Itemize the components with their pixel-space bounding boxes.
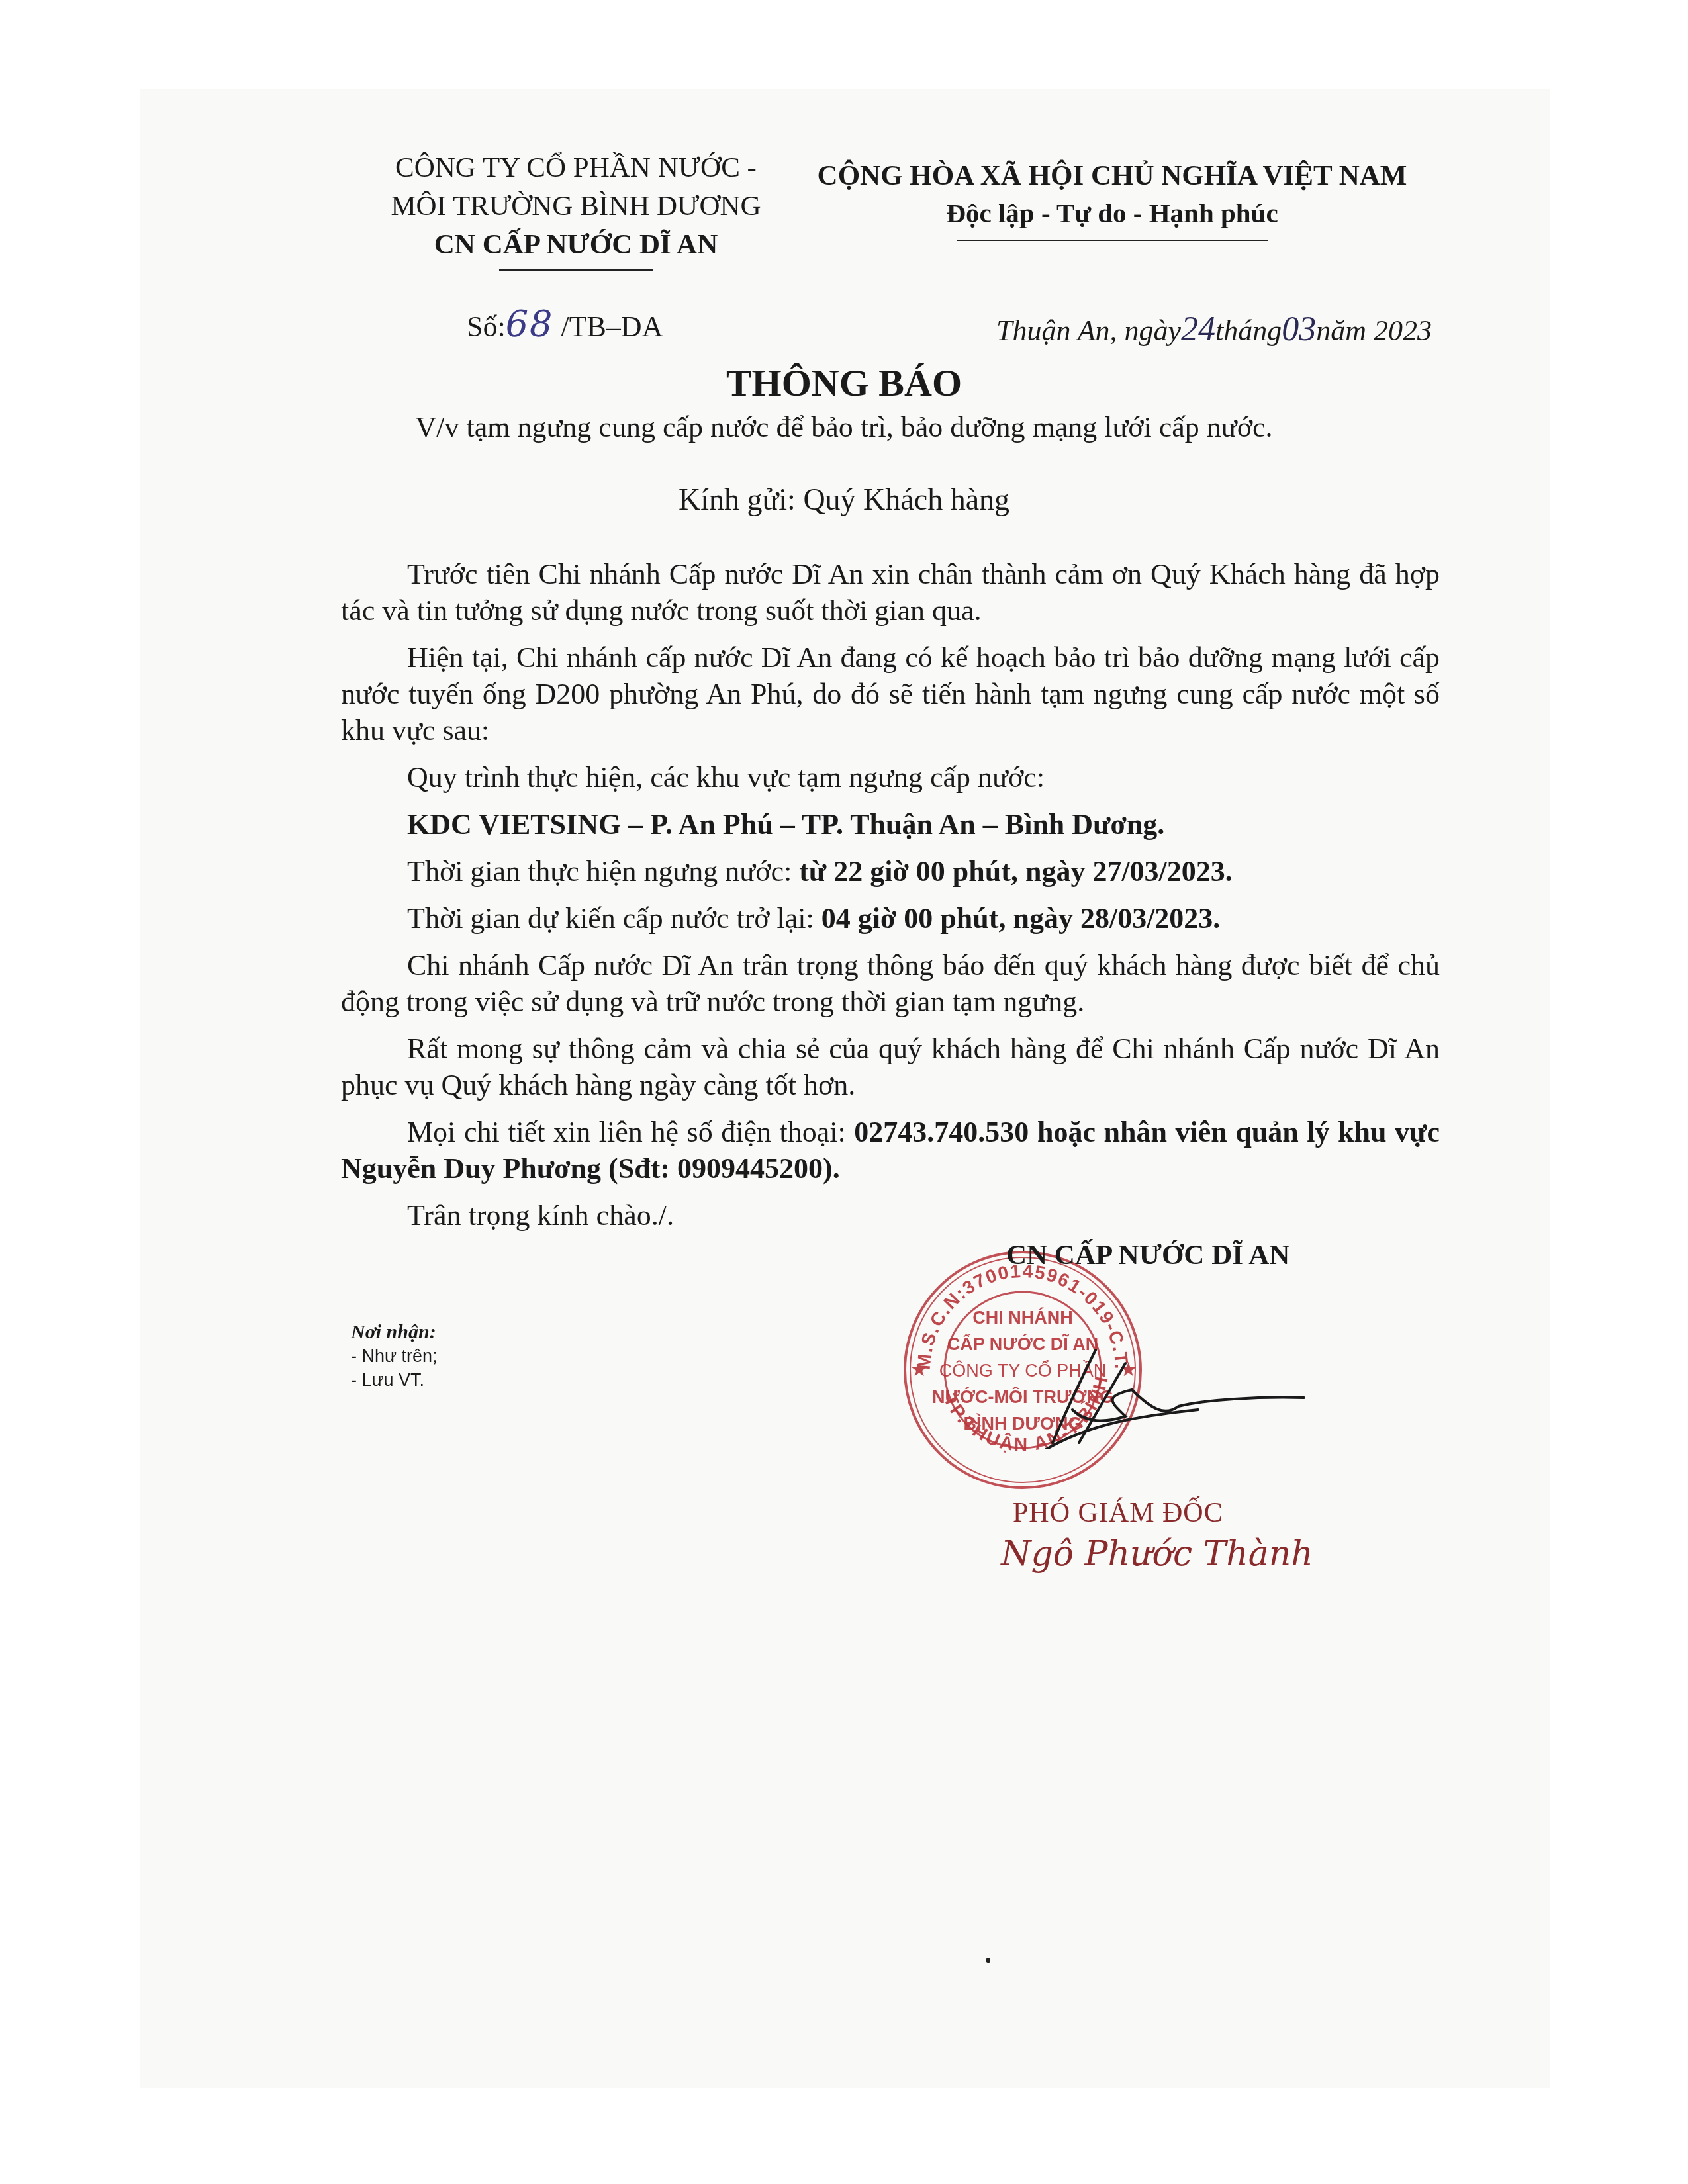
- issuer-company-line2: MÔI TRƯỜNG BÌNH DƯƠNG: [344, 187, 808, 226]
- contact-label: Mọi chi tiết xin liên hệ số điện thoại:: [407, 1116, 854, 1148]
- year-label: năm 2023: [1316, 314, 1432, 347]
- paragraph-contact: Mọi chi tiết xin liên hệ số điện thoại: …: [341, 1114, 1440, 1187]
- place-label: Thuận An, ngày: [996, 314, 1181, 347]
- signer-position: PHÓ GIÁM ĐỐC: [1013, 1497, 1223, 1529]
- stop-time-value: từ 22 giờ 00 phút, ngày 27/03/2023.: [799, 855, 1233, 887]
- document-subject: V/v tạm ngưng cung cấp nước để bảo trì, …: [0, 410, 1688, 444]
- recipients-label: Nơi nhận:: [351, 1320, 438, 1344]
- national-motto: Độc lập - Tự do - Hạnh phúc: [788, 195, 1436, 232]
- paragraph-apology: Rất mong sự thông cảm và chia sẻ của quý…: [341, 1030, 1440, 1103]
- recipients-block: Nơi nhận: - Như trên; - Lưu VT.: [351, 1320, 438, 1392]
- document-body: Trước tiên Chi nhánh Cấp nước Dĩ An xin …: [341, 556, 1440, 1244]
- month-label: tháng: [1215, 314, 1282, 347]
- place-and-date: Thuận An, ngày24tháng03năm 2023: [996, 310, 1432, 349]
- paragraph-procedure: Quy trình thực hiện, các khu vực tạm ngư…: [341, 759, 1440, 796]
- national-title: CỘNG HÒA XÃ HỘI CHỦ NGHĨA VIỆT NAM: [788, 158, 1436, 195]
- resume-time: Thời gian dự kiến cấp nước trở lại: 04 g…: [341, 900, 1440, 936]
- issuer-branch: CN CẤP NƯỚC DĨ AN: [344, 226, 808, 264]
- document-title: THÔNG BÁO: [0, 361, 1688, 405]
- paragraph-thanks: Trước tiên Chi nhánh Cấp nước Dĩ An xin …: [341, 556, 1440, 629]
- stop-time-label: Thời gian thực hiện ngưng nước:: [407, 855, 799, 887]
- closing-line: Trân trọng kính chào./.: [341, 1197, 1440, 1234]
- doc-number-suffix: /TB–DA: [561, 310, 663, 343]
- resume-time-value: 04 giờ 00 phút, ngày 28/03/2023.: [821, 902, 1221, 934]
- svg-text:★: ★: [912, 1359, 927, 1379]
- motto-underline: [957, 240, 1268, 241]
- scan-speck: [986, 1958, 990, 1963]
- recipient-item: - Như trên;: [351, 1344, 438, 1368]
- document-number: Số:68 /TB–DA: [467, 303, 663, 345]
- national-header: CỘNG HÒA XÃ HỘI CHỦ NGHĨA VIỆT NAM Độc l…: [788, 158, 1436, 241]
- affected-area: KDC VIETSING – P. An Phú – TP. Thuận An …: [341, 806, 1440, 842]
- paragraph-plan: Hiện tại, Chi nhánh cấp nước Dĩ An đang …: [341, 639, 1440, 749]
- svg-text:CHI NHÁNH: CHI NHÁNH: [972, 1307, 1073, 1328]
- greeting: Kính gửi: Quý Khách hàng: [0, 482, 1688, 517]
- affected-area-text: KDC VIETSING – P. An Phú – TP. Thuận An …: [407, 808, 1164, 841]
- doc-number-prefix: Số:: [467, 310, 506, 343]
- issuer-header: CÔNG TY CỔ PHẦN NƯỚC - MÔI TRƯỜNG BÌNH D…: [344, 149, 808, 271]
- doc-number-handwritten: 68: [506, 303, 554, 345]
- signer-organization: CN CẤP NƯỚC DĨ AN: [1006, 1239, 1289, 1271]
- paragraph-notice: Chi nhánh Cấp nước Dĩ An trân trọng thôn…: [341, 947, 1440, 1020]
- date-month-handwritten: 03: [1282, 310, 1316, 348]
- date-day-handwritten: 24: [1181, 310, 1215, 348]
- recipient-item: - Lưu VT.: [351, 1368, 438, 1392]
- handwritten-signature: [1033, 1343, 1311, 1449]
- resume-time-label: Thời gian dự kiến cấp nước trở lại:: [407, 902, 821, 934]
- issuer-underline: [499, 269, 653, 271]
- issuer-company-line1: CÔNG TY CỔ PHẦN NƯỚC -: [344, 149, 808, 187]
- stop-time: Thời gian thực hiện ngưng nước: từ 22 gi…: [341, 853, 1440, 889]
- signer-name: Ngô Phước Thành: [1001, 1534, 1313, 1574]
